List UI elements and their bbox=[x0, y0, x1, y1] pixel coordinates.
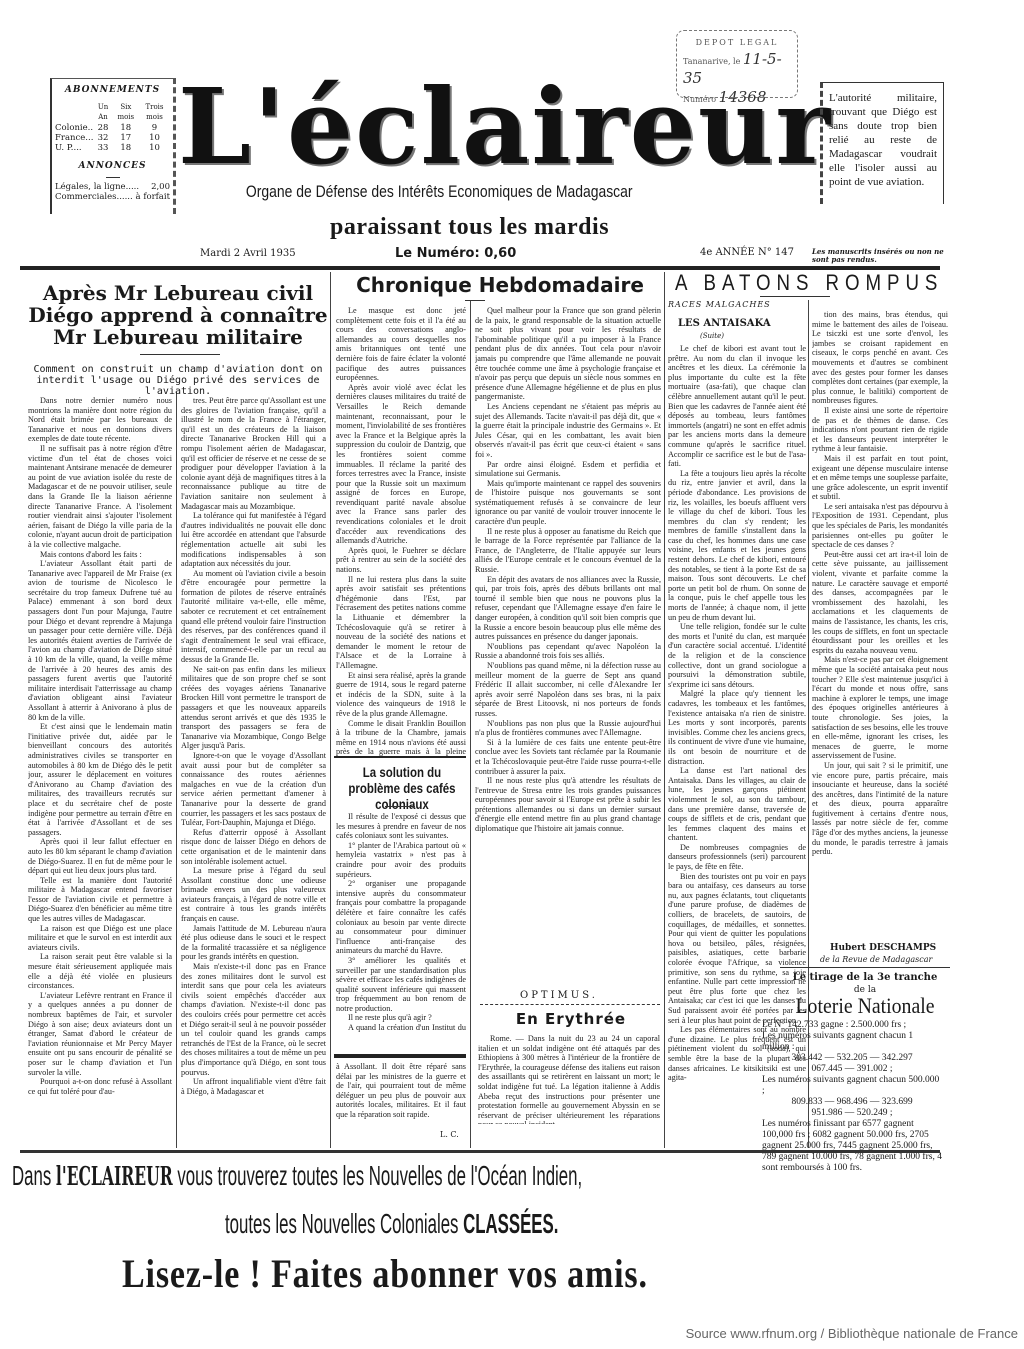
paragraph: Il ne lui restera plus dans la suite apr… bbox=[336, 575, 466, 671]
divider bbox=[140, 354, 220, 355]
paragraph: Rome. — Dans la nuit du 23 au 24 un capo… bbox=[478, 1034, 660, 1124]
continuation-signature: L. C. bbox=[440, 1130, 459, 1139]
paragraph: Mais qu'importe maintenant ce rappel des… bbox=[475, 479, 661, 527]
chronique-column: Le masque est donc jeté complètement cet… bbox=[336, 306, 466, 756]
article-headline: Après Mr Lebureau civil Diégo apprend à … bbox=[28, 282, 328, 348]
paragraph: Après quoi il leur fallut effectuer en a… bbox=[28, 837, 172, 875]
cell: 10 bbox=[139, 133, 170, 143]
chronique-signature: OPTIMUS. bbox=[520, 990, 598, 1001]
manuscripts-note: Les manuscrits insérés ou non ne sont pa… bbox=[812, 248, 952, 264]
footer-rule bbox=[20, 1150, 940, 1153]
paragraph: Et c'est ainsi que le lendemain matin l'… bbox=[28, 722, 172, 837]
paragraph: Peut-être aussi cet art ira-t-il loin de… bbox=[812, 550, 948, 656]
column-divider bbox=[330, 272, 331, 1148]
divider bbox=[334, 1054, 466, 1058]
lottery-title: Loterie Nationale bbox=[789, 993, 942, 1019]
row-label: France... bbox=[55, 133, 93, 143]
divider bbox=[480, 1004, 660, 1005]
erythree-headline: En Erythrée bbox=[478, 1010, 664, 1028]
paragraph: Mais il est parfait en tout point, exige… bbox=[812, 454, 948, 502]
paragraph: Dans notre dernier numéro nous montrions… bbox=[28, 396, 172, 444]
paragraph: La mesure prise à l'égard du seul Assoll… bbox=[181, 866, 326, 924]
masthead-subtitle: Organe de Défense des Intérêts Economiqu… bbox=[185, 182, 693, 202]
paragraph: La fête a toujours lieu après la récolte… bbox=[668, 469, 806, 623]
batons-author-affiliation: de la Revue de Madagascar bbox=[820, 955, 932, 964]
paragraph: Il résulte de l'exposé ci dessus que les… bbox=[336, 812, 466, 841]
lottery-numbers: 951.986 — 520.249 ; bbox=[762, 1108, 942, 1119]
ad-emphasis: CLASSÉES. bbox=[463, 1208, 558, 1239]
cell: 10 bbox=[139, 143, 170, 153]
batons-suite: (Suite) bbox=[700, 332, 724, 340]
cell: 18 bbox=[113, 123, 139, 133]
col-header: Six mois bbox=[113, 101, 139, 123]
paragraph: En dépit des avatars de nos alliances av… bbox=[475, 575, 661, 642]
ad-brand: l'ECLAIREUR bbox=[56, 1162, 173, 1192]
masthead-title: L'éclaireur bbox=[178, 72, 678, 182]
stamp-title: DEPOT LEGAL bbox=[683, 35, 791, 51]
chronique-column: Quel malheur pour la France que son gran… bbox=[475, 306, 661, 986]
batons-subhead: LES ANTAISAKA bbox=[678, 318, 771, 329]
paragraph: L'aviateur Lefèvre rentrant en France il… bbox=[28, 991, 172, 1077]
divider bbox=[465, 300, 485, 301]
paragraph: Mais n'est-ce pas par cet éloignement mê… bbox=[812, 655, 948, 761]
lottery-numbers: 809.833 — 968.496 — 323.699 bbox=[762, 1097, 942, 1108]
sidebox-notice: L'autorité militaire, trouvant que Diégo… bbox=[820, 82, 944, 204]
paragraph: A quand la création d'un Institut du caf… bbox=[336, 1023, 466, 1034]
paragraph: La tolérance qui fut manifestée à l'égar… bbox=[181, 511, 326, 569]
paragraph: L'aviateur Assollant était parti de Tana… bbox=[28, 559, 172, 722]
ad-rate-row: Commerciales...... à forfait bbox=[55, 192, 170, 202]
ad-rate-label: Légales, la ligne..... bbox=[55, 182, 139, 192]
paragraph: Il ne reste plus à opposer au fanatisme … bbox=[475, 527, 661, 575]
batons-kicker: RACES MALGACHES bbox=[668, 300, 771, 309]
legal-deposit-stamp: DEPOT LEGAL Tananarive, le 11-5-35 Numér… bbox=[676, 30, 798, 98]
stamp-number-row: Numéro 14368 bbox=[683, 89, 791, 108]
headline-line: Mr Lebureau militaire bbox=[28, 326, 328, 348]
lottery-line: Le N° 142.733 gagne : 2.500.000 frs ; bbox=[762, 1020, 942, 1031]
issue-date: Mardi 2 Avril 1935 bbox=[200, 248, 296, 259]
ad-rate-row: Légales, la ligne..... 2,00 bbox=[55, 182, 170, 192]
batons-headline: A BATONS ROMPUS bbox=[675, 270, 896, 296]
article-continuation: à Assollant. Il doit être réparé sans dé… bbox=[336, 1062, 466, 1124]
paragraph: tres. Peut être parce qu'Assollant est u… bbox=[181, 396, 326, 511]
publication-frequency: paraissant tous les mardis bbox=[330, 214, 609, 241]
column-divider bbox=[664, 272, 665, 1148]
table-row: France... 32 17 10 bbox=[55, 133, 170, 143]
paragraph: Et ainsi sera réalisé, après la grande g… bbox=[336, 671, 466, 719]
paragraph: Refus d'atterrir opposé à Assollant risq… bbox=[181, 828, 326, 866]
headline-line: Diégo apprend à connaître bbox=[28, 304, 328, 326]
column-divider bbox=[176, 392, 177, 1148]
table-row: Colonie.. 28 18 9 bbox=[55, 123, 170, 133]
paragraph: Ne sait-on pas enfin dans les milieux mi… bbox=[181, 665, 326, 751]
paragraph: Mais contons d'abord les faits : bbox=[28, 550, 172, 560]
lottery-line: Les numéros suivants gagnent chacun 1 mi… bbox=[762, 1031, 942, 1053]
paragraph: Bien des touristes ont pu voir en pays b… bbox=[668, 872, 806, 1026]
paragraph: Les Anciens cependant ne s'étaient pas m… bbox=[475, 402, 661, 460]
paragraph: 3° améliorer les qualités et surveiller … bbox=[336, 956, 466, 1014]
lottery-line: Les numéros suivants gagnent chacun 500.… bbox=[762, 1075, 942, 1097]
ad-rate-value: 2,00 bbox=[151, 182, 170, 192]
footer-ad-line2: toutes les Nouvelles Coloniales CLASSÉES… bbox=[225, 1208, 558, 1240]
paragraph: tion des mains, bras étendus, qui mime l… bbox=[812, 310, 948, 406]
divider bbox=[780, 967, 950, 968]
paragraph: La raison est que Diégo est une place mi… bbox=[28, 924, 172, 953]
paragraph: à Assollant. Il doit être réparé sans dé… bbox=[336, 1062, 466, 1120]
paragraph: Par ordre ainsi éloigné. Esdem et perfid… bbox=[475, 460, 661, 479]
stamp-label: Numéro bbox=[683, 95, 716, 104]
paragraph: N'oublions pas quand même, ni la défecti… bbox=[475, 661, 661, 719]
table-row: U. P.... 33 18 10 bbox=[55, 143, 170, 153]
erythree-body: Rome. — Dans la nuit du 23 au 24 un capo… bbox=[478, 1034, 660, 1124]
paragraph: Le seri antaisaka n'est pas dépourvu à l… bbox=[812, 502, 948, 550]
cell: 9 bbox=[139, 123, 170, 133]
col-header: Un An bbox=[93, 101, 112, 123]
footer-ad-line1: Dans l'ECLAIREUR vous trouverez toutes l… bbox=[12, 1160, 912, 1192]
batons-author: Hubert DESCHAMPS bbox=[830, 943, 936, 953]
lottery-heading: Le tirage de la 3e tranche bbox=[780, 972, 950, 983]
issue-price: Le Numéro: 0,60 bbox=[395, 246, 516, 261]
cell: 18 bbox=[113, 143, 139, 153]
paragraph: Une telle religion, fondée sur le culte … bbox=[668, 622, 806, 689]
divider bbox=[106, 177, 120, 178]
col-header: Trois mois bbox=[139, 101, 170, 123]
cell: 32 bbox=[93, 133, 112, 143]
paragraph: Mais n'existe-t-il donc pas en France de… bbox=[181, 962, 326, 1077]
paragraph: 1° planter de l'Arabica partout où « hem… bbox=[336, 841, 466, 879]
paragraph: Après avoir violé avec éclat les dernièr… bbox=[336, 383, 466, 546]
cafes-headline: La solution du problème des cafés coloni… bbox=[338, 764, 466, 812]
paragraph: La danse est l'art national des Antaisak… bbox=[668, 766, 806, 843]
chronique-headline: Chronique Hebdomadaire bbox=[335, 273, 665, 297]
paragraph: Si à la lumière de ces faits une entente… bbox=[475, 738, 661, 776]
paragraph: Un affront inqualifiable vient d'être fa… bbox=[181, 1077, 326, 1096]
paragraph: De nombreuses compagnies de danseurs pro… bbox=[668, 843, 806, 872]
paragraph: Comme le disait Franklin Bouillon à la t… bbox=[336, 719, 466, 756]
ad-text: toutes les Nouvelles Coloniales bbox=[225, 1208, 458, 1239]
headline-line: Après Mr Lebureau civil bbox=[28, 282, 328, 304]
paragraph: Quel malheur pour la France que son gran… bbox=[475, 306, 661, 402]
stamp-label: Tananarive, le bbox=[683, 57, 740, 66]
ad-text: Dans bbox=[12, 1160, 51, 1191]
batons-column: tion des mains, bras étendus, qui mime l… bbox=[812, 310, 948, 940]
row-label: Colonie.. bbox=[55, 123, 93, 133]
cafes-body: Il résulte de l'exposé ci dessus que les… bbox=[336, 812, 466, 1034]
paragraph: Au moment où l'aviation civile a besoin … bbox=[181, 569, 326, 665]
paragraph: N'oublions pas cependant qu'avec Napoléo… bbox=[475, 642, 661, 661]
article-column: Dans notre dernier numéro nous montrions… bbox=[28, 396, 172, 1146]
footer-ad-line3: Lisez-le ! Faites abonner vos amis. bbox=[122, 1250, 648, 1297]
paragraph: Jamais l'attitude de M. Lebureau n'aura … bbox=[181, 924, 326, 962]
source-credit: Source www.rfnum.org / Bibliothèque nati… bbox=[686, 1326, 1018, 1341]
year-issue-number: 4e ANNÉE N° 147 bbox=[700, 247, 794, 258]
article-column: tres. Peut être parce qu'Assollant est u… bbox=[181, 396, 326, 1146]
divider bbox=[760, 296, 830, 297]
ad-rate-value: à forfait bbox=[136, 192, 170, 202]
paragraph: Malgré la place qu'y tiennent les cadavr… bbox=[668, 689, 806, 766]
ads-heading: ANNONCES bbox=[55, 161, 170, 171]
row-label: U. P.... bbox=[55, 143, 93, 153]
article-subhead: Comment on construit un champ d'aviation… bbox=[28, 364, 328, 397]
subscription-box: ABONNEMENTS Un An Six mois Trois mois Co… bbox=[50, 78, 176, 214]
paragraph: Après quoi, le Fuehrer se déclare prêt à… bbox=[336, 546, 466, 575]
cell: 17 bbox=[113, 133, 139, 143]
paragraph: Il ne reste plus qu'à agir ? bbox=[336, 1013, 466, 1023]
lottery-numbers: 067.445 — 391.002 ; bbox=[762, 1064, 942, 1075]
paragraph: Il ne nous reste plus qu'à attendre les … bbox=[475, 776, 661, 834]
paragraph: Le chef de kibori est avant tout le prêt… bbox=[668, 344, 806, 469]
stamp-number: 14368 bbox=[719, 88, 767, 106]
stamp-date: 11-5-35 bbox=[683, 50, 782, 87]
paragraph: Telle est la manière dont l'autorité mil… bbox=[28, 876, 172, 924]
stamp-date-row: Tananarive, le 11-5-35 bbox=[683, 51, 791, 89]
cell: 28 bbox=[93, 123, 112, 133]
paragraph: Ignore-t-on que le voyage d'Assollant av… bbox=[181, 751, 326, 828]
divider bbox=[385, 806, 415, 807]
subscription-table: Un An Six mois Trois mois Colonie.. 28 1… bbox=[55, 101, 170, 153]
lottery-numbers: 303.442 — 532.205 — 342.297 bbox=[762, 1053, 942, 1064]
ad-text: vous trouverez toutes les Nouvelles de l… bbox=[177, 1160, 582, 1191]
ad-rate-label: Commerciales...... bbox=[55, 192, 133, 202]
paragraph: 2° organiser une propagande intensive au… bbox=[336, 879, 466, 956]
paragraph: Pourquoi a-t-on donc refusé à Assollant … bbox=[28, 1077, 172, 1096]
paragraph: N'oublions pas non plus que la Russie au… bbox=[475, 719, 661, 738]
column-divider bbox=[470, 300, 471, 1148]
paragraph: Il existe ainsi une sorte de répertoire … bbox=[812, 406, 948, 454]
paragraph: Le masque est donc jeté complètement cet… bbox=[336, 306, 466, 383]
paragraph: La raison serait peut être valable si la… bbox=[28, 952, 172, 990]
divider bbox=[334, 756, 466, 758]
paragraph: Il ne suffisait pas à notre région d'êtr… bbox=[28, 444, 172, 550]
subscriptions-heading: ABONNEMENTS bbox=[55, 85, 170, 95]
paragraph: Un jour, qui sait ? si le primitif, une … bbox=[812, 761, 948, 857]
cell: 33 bbox=[93, 143, 112, 153]
